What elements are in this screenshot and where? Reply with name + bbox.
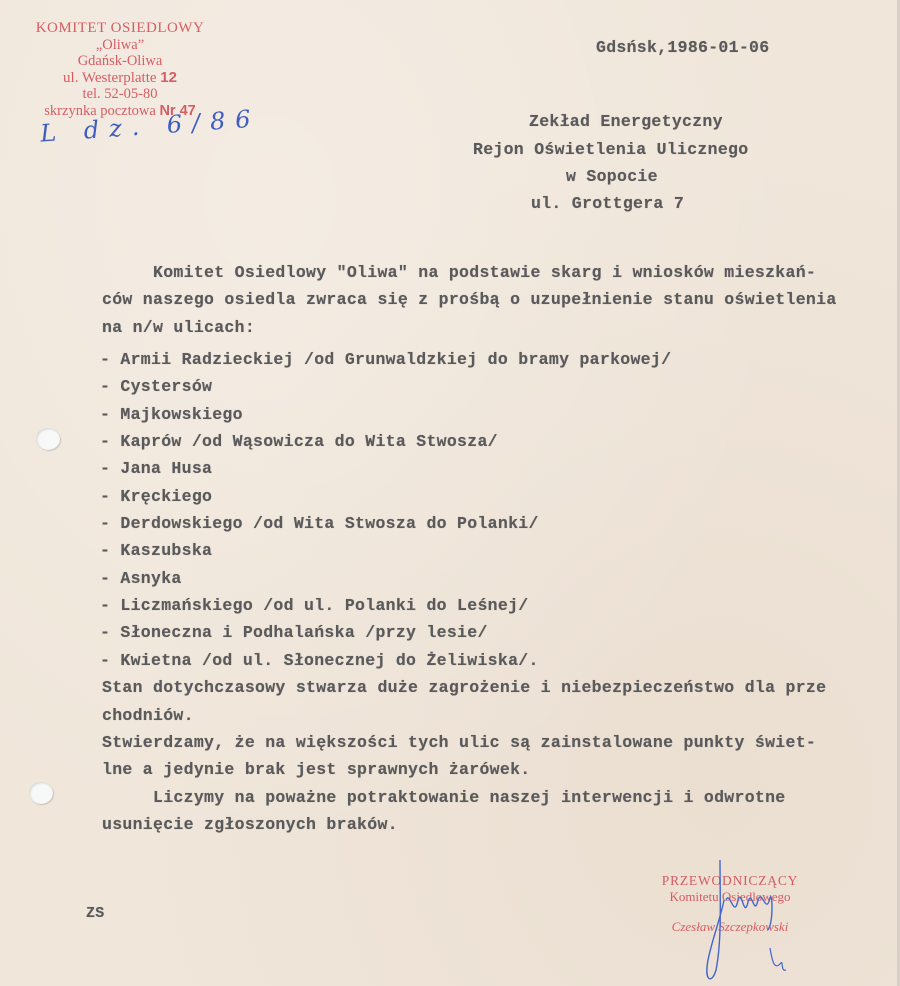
punch-hole-bottom: [29, 782, 53, 804]
stamp-org-city: Gdańsk-Oliwa: [20, 53, 220, 70]
sender-stamp: KOMITET OSIEDLOWY „Oliwa” Gdańsk-Oliwa u…: [20, 20, 220, 119]
street-list-item: - Cystersów: [100, 377, 212, 396]
body-para4-line-2: usunięcie zgłoszonych braków.: [102, 815, 398, 834]
street-list-item: - Kaprów /od Wąsowicza do Wita Stwosza/: [100, 432, 498, 451]
recipient-line-2: Rejon Oświetlenia Ulicznego: [473, 140, 748, 159]
stamp-org-phone: tel. 52-05-80: [20, 86, 220, 103]
street-list-item: - Majkowskiego: [100, 405, 243, 424]
recipient-line-3: w Sopocie: [566, 167, 658, 186]
street-list-item: - Asnyka: [100, 569, 182, 588]
body-para2-line-2: chodniów.: [102, 706, 194, 725]
body-para2-line-1: Stan dotychczasowy stwarza duże zagrożen…: [102, 678, 826, 697]
street-list-item: - Kwietna /od ul. Słonecznej do Żeliwisk…: [100, 651, 539, 670]
body-para3-line-1: Stwierdzamy, że na większości tych ulic …: [102, 733, 816, 752]
body-intro-line-2: ców naszego osiedla zwraca się z prośbą …: [102, 290, 837, 309]
street-list-item: - Kaszubska: [100, 541, 212, 560]
date-line: Gdsńsk,1986-01-06: [596, 38, 769, 57]
punch-hole-top: [36, 428, 60, 450]
stamp-street: ul. Westerplatte: [63, 70, 160, 86]
recipient-line-4: ul. Grottgera 7: [531, 194, 684, 213]
stamp-org-name: KOMITET OSIEDLOWY: [20, 20, 220, 37]
recipient-line-1: Zekład Energetyczny: [529, 112, 723, 131]
street-list-item: - Derdowskiego /od Wita Stwosza do Polan…: [100, 514, 539, 533]
street-list-item: - Słoneczna i Podhalańska /przy lesie/: [100, 623, 488, 642]
stamp-org-estate: „Oliwa”: [20, 37, 220, 54]
street-list-item: - Jana Husa: [100, 459, 212, 478]
typist-initials: ZS: [86, 905, 105, 922]
body-para4-line-1: Liczymy na poważne potraktowanie naszej …: [102, 788, 786, 807]
body-intro-line-3: na n/w ulicach:: [102, 318, 255, 337]
stamp-org-address: ul. Westerplatte 12: [20, 70, 220, 87]
stamp-street-number: 12: [160, 69, 177, 86]
body-para3-line-2: lne a jedynie brak jest sprawnych żarówe…: [102, 760, 530, 779]
body-intro-line-1: Komitet Osiedlowy "Oliwa" na podstawie s…: [102, 263, 816, 282]
street-list-item: - Armii Radzieckiej /od Grunwaldzkiej do…: [100, 350, 671, 369]
handwritten-signature: [690, 860, 810, 986]
street-list-item: - Liczmańskiego /od ul. Polanki do Leśne…: [100, 596, 528, 615]
street-list-item: - Kręckiego: [100, 487, 212, 506]
